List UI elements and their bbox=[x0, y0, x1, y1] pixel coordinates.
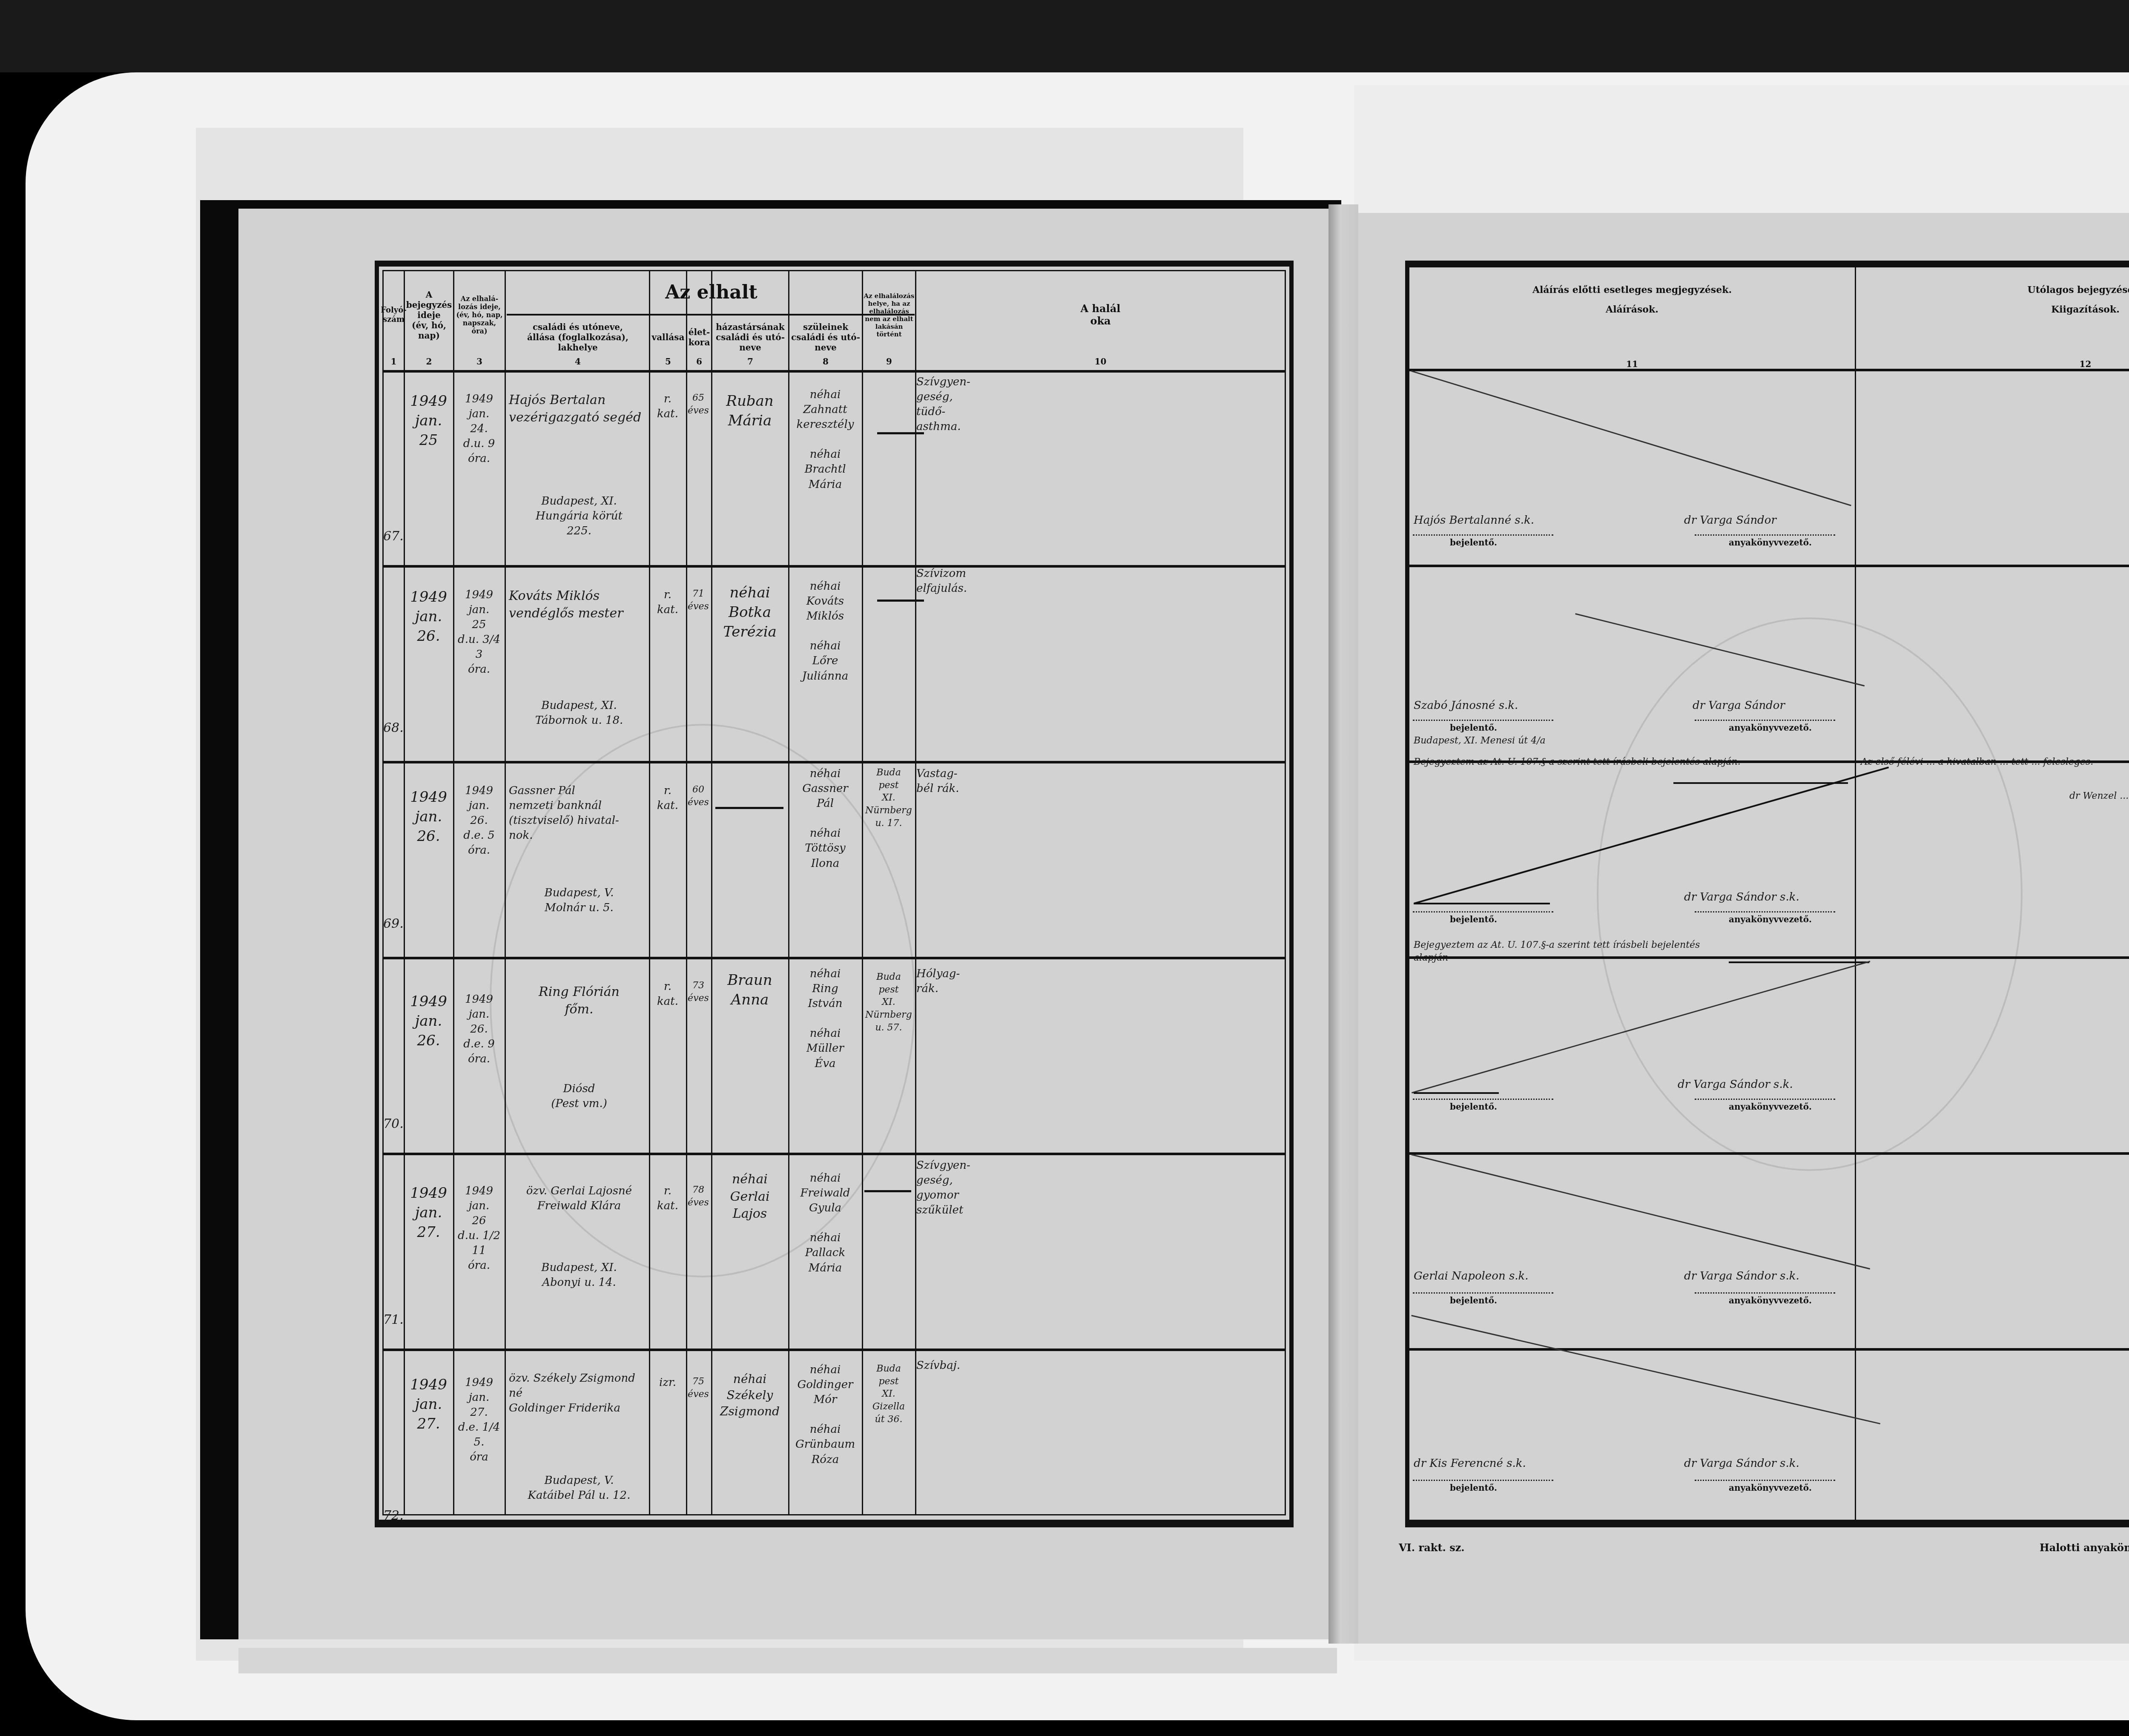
death-time: 1949 jan. 26. d.e. 5 óra. bbox=[454, 783, 504, 858]
religion: r. kat. bbox=[650, 783, 686, 813]
entry-number: 71. bbox=[383, 1311, 402, 1329]
registrar-label: anyakönyvvezető. bbox=[1729, 723, 1812, 733]
deceased-residence: Budapest, XI. Hungária körút 225. bbox=[509, 494, 649, 539]
column-number: 4 bbox=[507, 356, 649, 367]
spouse-name: néhai Gerlai Lajos bbox=[712, 1171, 788, 1223]
storage-number-label: VI. rakt. sz. bbox=[1399, 1541, 1465, 1554]
cause-of-death: Szívgyen- geség, gyomor szűkület bbox=[916, 1158, 976, 1218]
registrar-label: anyakönyvvezető. bbox=[1729, 1102, 1812, 1112]
column-number: 11 bbox=[1409, 359, 1855, 369]
informant-label: bejelentő. bbox=[1450, 1295, 1497, 1306]
header-age: élet- kora bbox=[687, 316, 711, 359]
column-number: 3 bbox=[454, 356, 505, 367]
register-copy-label: Halotti anyakönyvi másodpéldány. bbox=[2040, 1541, 2129, 1554]
header-name-occupation-residence: családi és utóneve, állása (foglalkozása… bbox=[507, 316, 649, 359]
death-time: 1949 jan. 24. d.u. 9 óra. bbox=[454, 392, 504, 466]
empty-place-dash bbox=[877, 600, 924, 602]
header-later-entries: Utólagos bejegyzések. Kiigazítások. bbox=[1856, 280, 2129, 319]
registration-date: 1949 jan. 27. bbox=[405, 1375, 453, 1434]
row-divider bbox=[384, 565, 1285, 568]
row-divider bbox=[384, 957, 1285, 959]
pre-signature-note: Bejegyeztem az At. U. 107.§-a szerint te… bbox=[1414, 939, 1737, 964]
place-of-death: Buda pest XI. Nürnberg u. 17. bbox=[863, 766, 915, 829]
age: 71 éves bbox=[686, 588, 710, 613]
deceased-residence: Budapest, XI. Abonyi u. 14. bbox=[509, 1260, 649, 1290]
cause-of-death: Szívgyen- geség, tüdő- asthma. bbox=[916, 375, 976, 434]
header-spouse-name: házastársának családi és utó- neve bbox=[712, 316, 788, 359]
registrar-signature-line bbox=[1695, 1292, 1835, 1294]
registration-date: 1949 jan. 26. bbox=[405, 588, 453, 646]
pre-signature-note: Bejegyeztem az At. U. 107.§-a szerint te… bbox=[1414, 756, 1856, 769]
registrar-signature-line bbox=[1695, 1480, 1835, 1481]
column-number: 5 bbox=[650, 356, 686, 367]
informant-signature-line bbox=[1413, 1292, 1553, 1294]
informant-signature: Gerlai Napoleon s.k. bbox=[1414, 1269, 1529, 1284]
registration-date: 1949 jan. 27. bbox=[405, 1184, 453, 1242]
book-edge bbox=[238, 1648, 1337, 1673]
column-number: 1 bbox=[384, 356, 404, 367]
column-number: 10 bbox=[916, 356, 1285, 367]
entry-number: 69. bbox=[383, 915, 402, 933]
col-divider bbox=[1855, 267, 1856, 1520]
blank-informant-line bbox=[1414, 903, 1550, 904]
informant-label: bejelentő. bbox=[1450, 1102, 1497, 1112]
column-number: 9 bbox=[863, 356, 915, 367]
header-remarks-title: Aláírás előtti esetleges megjegyzések. bbox=[1409, 280, 1855, 300]
parents-names: néhai Goldinger Mór néhai Grünbaum Róza bbox=[789, 1363, 861, 1467]
informant-label: bejelentő. bbox=[1450, 1483, 1497, 1493]
religion: r. kat. bbox=[650, 979, 686, 1009]
cause-of-death: Vastag- bél rák. bbox=[916, 766, 976, 796]
cause-of-death: Szívbaj. bbox=[916, 1358, 976, 1373]
registrar-signature-line bbox=[1695, 534, 1835, 536]
col-divider bbox=[711, 271, 712, 1514]
informant-signature-line bbox=[1413, 1099, 1553, 1100]
book-gutter bbox=[1328, 204, 1358, 1644]
death-time: 1949 jan. 27. d.e. 1/4 5. óra bbox=[454, 1375, 504, 1465]
age: 75 éves bbox=[686, 1375, 710, 1400]
entry-number: 70. bbox=[383, 1116, 402, 1133]
column-number: 8 bbox=[789, 356, 862, 367]
registration-date: 1949 jan. 25 bbox=[405, 392, 453, 450]
death-time: 1949 jan. 26. d.e. 9 óra. bbox=[454, 992, 504, 1067]
col-divider bbox=[862, 271, 863, 1514]
deceased-name-occupation: özv. Székely Zsigmond né Goldinger Fride… bbox=[509, 1371, 649, 1416]
cause-of-death: Szívizom elfajulás. bbox=[916, 566, 976, 596]
registration-date: 1949 jan. 26. bbox=[405, 992, 453, 1051]
later-entry-note: Az első félévi ... a hivatalban ... tett… bbox=[1861, 756, 2129, 769]
religion: r. kat. bbox=[650, 588, 686, 617]
deceased-residence: Budapest, XI. Tábornok u. 18. bbox=[509, 698, 649, 728]
col-divider bbox=[505, 271, 506, 1514]
registrar-label: anyakönyvvezető. bbox=[1729, 1295, 1812, 1306]
scanner-top-strip bbox=[0, 0, 2129, 72]
informant-signature-line bbox=[1413, 911, 1553, 912]
header-serial-number: Folyó- szám bbox=[384, 271, 404, 359]
registrar-signature-line bbox=[1695, 911, 1835, 912]
parents-names: néhai Zahnatt keresztély néhai Brachtl M… bbox=[789, 387, 861, 492]
spouse-name: Ruban Mária bbox=[712, 392, 788, 431]
deceased-name-occupation: Kováts Miklós vendéglős mester bbox=[509, 588, 649, 622]
deceased-name-occupation: özv. Gerlai Lajosné Freiwald Klára bbox=[509, 1184, 649, 1214]
informant-signature-line bbox=[1413, 720, 1553, 721]
age: 78 éves bbox=[686, 1184, 710, 1209]
col-divider bbox=[915, 271, 916, 1514]
column-number: 6 bbox=[687, 356, 711, 367]
entry-number: 68. bbox=[383, 720, 402, 737]
deceased-name-occupation: Hajós Bertalan vezérigazgató segéd bbox=[509, 392, 649, 426]
parents-names: néhai Freiwald Gyula néhai Pallack Mária bbox=[789, 1171, 861, 1276]
empty-place-dash bbox=[864, 1190, 911, 1192]
place-of-death: Buda pest XI. Nürnberg u. 57. bbox=[863, 971, 915, 1034]
informant-label: bejelentő. bbox=[1450, 537, 1497, 548]
deceased-residence: Diósd (Pest vm.) bbox=[509, 1082, 649, 1111]
informant-signature: Szabó Jánosné s.k. bbox=[1414, 698, 1518, 713]
header-signatures-subtitle: Aláírások. bbox=[1409, 300, 1855, 319]
religion: r. kat. bbox=[650, 392, 686, 422]
age: 73 éves bbox=[686, 979, 710, 1004]
age: 60 éves bbox=[686, 783, 710, 809]
row-divider bbox=[384, 1153, 1285, 1155]
registrar-signature-line bbox=[1695, 720, 1835, 721]
registrar-signature: dr Varga Sándor s.k. bbox=[1684, 890, 1799, 905]
row-divider bbox=[384, 761, 1285, 763]
informant-signature-line bbox=[1413, 1480, 1553, 1481]
deceased-name-occupation: Gassner Pál nemzeti banknál (tisztviselő… bbox=[509, 783, 649, 843]
spouse-name: Braun Anna bbox=[712, 971, 788, 1010]
registration-date: 1949 jan. 26. bbox=[405, 788, 453, 846]
informant-label: bejelentő. bbox=[1450, 723, 1497, 733]
place-of-death: Buda pest XI. Gizella út 36. bbox=[863, 1363, 915, 1426]
cause-of-death: Hólyag- rák. bbox=[916, 967, 976, 996]
note-end-line bbox=[1673, 782, 1848, 784]
age: 65 éves bbox=[686, 392, 710, 417]
religion: izr. bbox=[650, 1375, 686, 1390]
informant-address: Budapest, XI. Menesi út 4/a bbox=[1414, 735, 1546, 747]
header-later-entries-title: Utólagos bejegyzések. bbox=[1856, 280, 2129, 300]
header-deceased-group: Az elhalt bbox=[507, 271, 916, 314]
row-divider bbox=[1409, 1348, 2129, 1351]
registrar-signature: dr Varga Sándor s.k. bbox=[1684, 1456, 1799, 1471]
parents-names: néhai Ring István néhai Müller Éva bbox=[789, 967, 861, 1071]
death-time: 1949 jan. 26 d.u. 1/2 11 óra. bbox=[454, 1184, 504, 1274]
col-divider bbox=[404, 271, 405, 1514]
header-place-of-death: Az elhalálozás helye, ha az elhalálozás … bbox=[863, 271, 915, 359]
row-divider bbox=[1409, 565, 2129, 567]
blank-informant-line bbox=[1414, 1092, 1499, 1094]
parents-names: néhai Gassner Pál néhai Töttösy Ilona bbox=[789, 766, 861, 871]
header-parents-name: szüleinek családi és utó- neve bbox=[789, 316, 862, 359]
empty-spouse-dash bbox=[715, 807, 783, 809]
header-religion: vallása bbox=[650, 316, 686, 359]
header-bottom-rule bbox=[384, 370, 1285, 373]
header-registration-date: A bejegyzés ideje (év, hó, nap) bbox=[405, 271, 453, 359]
deceased-name-occupation: Ring Flórián főm. bbox=[509, 984, 649, 1018]
col-divider bbox=[686, 271, 687, 1514]
registrar-label: anyakönyvvezető. bbox=[1729, 914, 1812, 924]
registrar-signature-line bbox=[1695, 1099, 1835, 1100]
informant-signature-line bbox=[1413, 534, 1553, 536]
parents-names: néhai Kováts Miklós néhai Lőre Juliánna bbox=[789, 579, 861, 684]
registrar-signature: dr Varga Sándor bbox=[1693, 698, 1785, 713]
note-end-line bbox=[1729, 961, 1869, 963]
header-bottom-rule bbox=[1409, 369, 2129, 371]
deceased-residence: Budapest, V. Molnár u. 5. bbox=[509, 886, 649, 915]
registrar-label: anyakönyvvezető. bbox=[1729, 537, 1812, 548]
spouse-name: néhai Botka Terézia bbox=[712, 583, 788, 642]
header-remarks-signatures: Aláírás előtti esetleges megjegyzések. A… bbox=[1409, 280, 1855, 319]
registrar-signature: dr Varga Sándor s.k. bbox=[1678, 1077, 1793, 1092]
death-time: 1949 jan. 25 d.u. 3/4 3 óra. bbox=[454, 588, 504, 677]
header-death-time: Az elhalá- lozás ideje, (év, hó, nap, na… bbox=[454, 271, 505, 359]
entry-number: 72. bbox=[383, 1507, 402, 1525]
informant-label: bejelentő. bbox=[1450, 914, 1497, 924]
later-entry-signature: dr Wenzel ... anyakönyvi ... h. ... bbox=[2069, 790, 2129, 803]
header-cause-of-death: A halál oka bbox=[916, 271, 1285, 359]
column-number: 12 bbox=[1856, 359, 2129, 369]
deceased-residence: Budapest, V. Katáibel Pál u. 12. bbox=[509, 1473, 649, 1503]
row-divider bbox=[1409, 1152, 2129, 1155]
registrar-label: anyakönyvvezető. bbox=[1729, 1483, 1812, 1493]
religion: r. kat. bbox=[650, 1184, 686, 1214]
entry-number: 67. bbox=[383, 528, 402, 545]
row-divider bbox=[384, 1349, 1285, 1351]
registrar-signature: dr Varga Sándor s.k. bbox=[1684, 1269, 1799, 1284]
informant-signature: dr Kis Ferencné s.k. bbox=[1414, 1456, 1526, 1471]
registrar-signature: dr Varga Sándor bbox=[1684, 513, 1776, 528]
informant-signature: Hajós Bertalanné s.k. bbox=[1414, 513, 1534, 528]
column-number: 2 bbox=[405, 356, 453, 367]
column-number: 7 bbox=[712, 356, 788, 367]
header-corrections-subtitle: Kiigazítások. bbox=[1856, 300, 2129, 319]
spouse-name: néhai Székely Zsigmond bbox=[712, 1371, 788, 1419]
